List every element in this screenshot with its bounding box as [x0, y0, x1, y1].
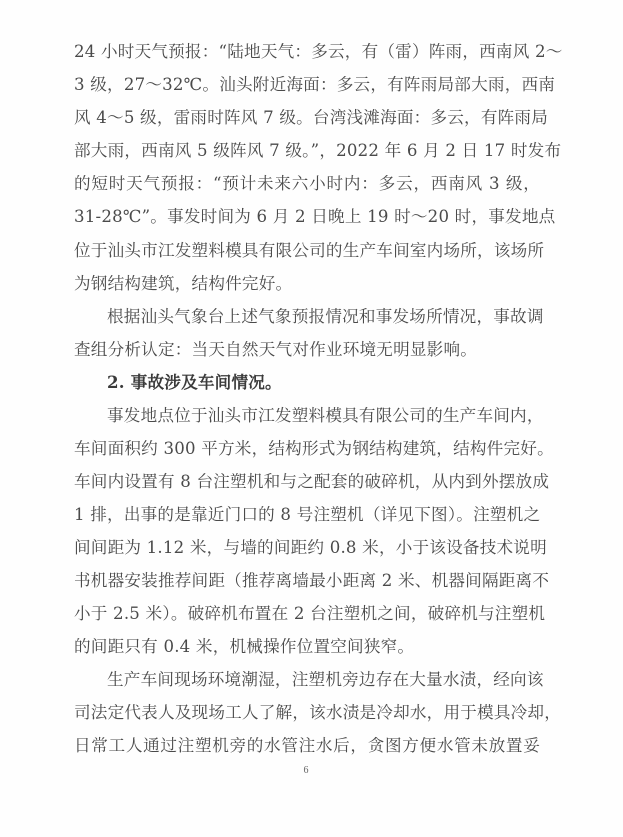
- paragraph-workshop-line-3: 车间内设置有 8 台注塑机和与之配套的破碎机，从内到外摆放成: [74, 465, 540, 498]
- paragraph-workshop-line-1: 事发地点位于汕头市江发塑料模具有限公司的生产车间内，: [107, 399, 540, 432]
- paragraph-workshop-line-8: 的间距只有 0.4 米，机械操作位置空间狭窄。: [74, 630, 540, 663]
- paragraph-conclusion-line-2: 查组分析认定：当天自然天气对作业环境无明显影响。: [74, 333, 540, 366]
- paragraph-weather-line-6: 31-28℃”。事发时间为 6 月 2 日晚上 19 时～20 时，事发地点: [74, 200, 540, 233]
- paragraph-conclusion-line-1: 根据汕头气象台上述气象预报情况和事发场所情况，事故调: [107, 300, 540, 333]
- paragraph-environment-line-2: 司法定代表人及现场工人了解，该水渍是冷却水，用于模具冷却，: [74, 696, 540, 729]
- paragraph-weather-line-8: 为钢结构建筑，结构件完好。: [74, 267, 540, 300]
- document-page: 24 小时天气预报：“陆地天气：多云，有（雷）阵雨，西南风 2～ 3 级，27～…: [0, 0, 623, 837]
- paragraph-weather-line-4: 部大雨，西南风 5 级阵风 7 级。”，2022 年 6 月 2 日 17 时发…: [74, 134, 540, 167]
- paragraph-workshop-line-2: 车间面积约 300 平方米，结构形式为钢结构建筑，结构件完好。: [74, 432, 540, 465]
- paragraph-environment-line-3: 日常工人通过注塑机旁的水管注水后，贪图方便水管未放置妥: [74, 729, 540, 762]
- section-heading: 2. 事故涉及车间情况。: [107, 366, 540, 399]
- page-number: 6: [296, 765, 316, 776]
- paragraph-workshop-line-4: 1 排，出事的是靠近门口的 8 号注塑机（详见下图）。注塑机之: [74, 498, 540, 531]
- paragraph-weather-line-5: 的短时天气预报：“预计未来六小时内：多云，西南风 3 级，: [74, 167, 540, 200]
- paragraph-weather-line-2: 3 级，27～32℃。汕头附近海面：多云，有阵雨局部大雨，西南: [74, 68, 540, 101]
- paragraph-weather-line-1: 24 小时天气预报：“陆地天气：多云，有（雷）阵雨，西南风 2～: [74, 35, 540, 68]
- paragraph-workshop-line-6: 书机器安装推荐间距（推荐离墙最小距离 2 米、机器间隔距离不: [74, 564, 540, 597]
- paragraph-workshop-line-7: 小于 2.5 米）。破碎机布置在 2 台注塑机之间，破碎机与注塑机: [74, 597, 540, 630]
- paragraph-workshop-line-5: 间间距为 1.12 米，与墙的间距约 0.8 米，小于该设备技术说明: [74, 531, 540, 564]
- paragraph-weather-line-7: 位于汕头市江发塑料模具有限公司的生产车间室内场所，该场所: [74, 234, 540, 267]
- paragraph-weather-line-3: 风 4～5 级，雷雨时阵风 7 级。台湾浅滩海面：多云，有阵雨局: [74, 101, 540, 134]
- paragraph-environment-line-1: 生产车间现场环境潮湿，注塑机旁边存在大量水渍，经向该: [107, 663, 540, 696]
